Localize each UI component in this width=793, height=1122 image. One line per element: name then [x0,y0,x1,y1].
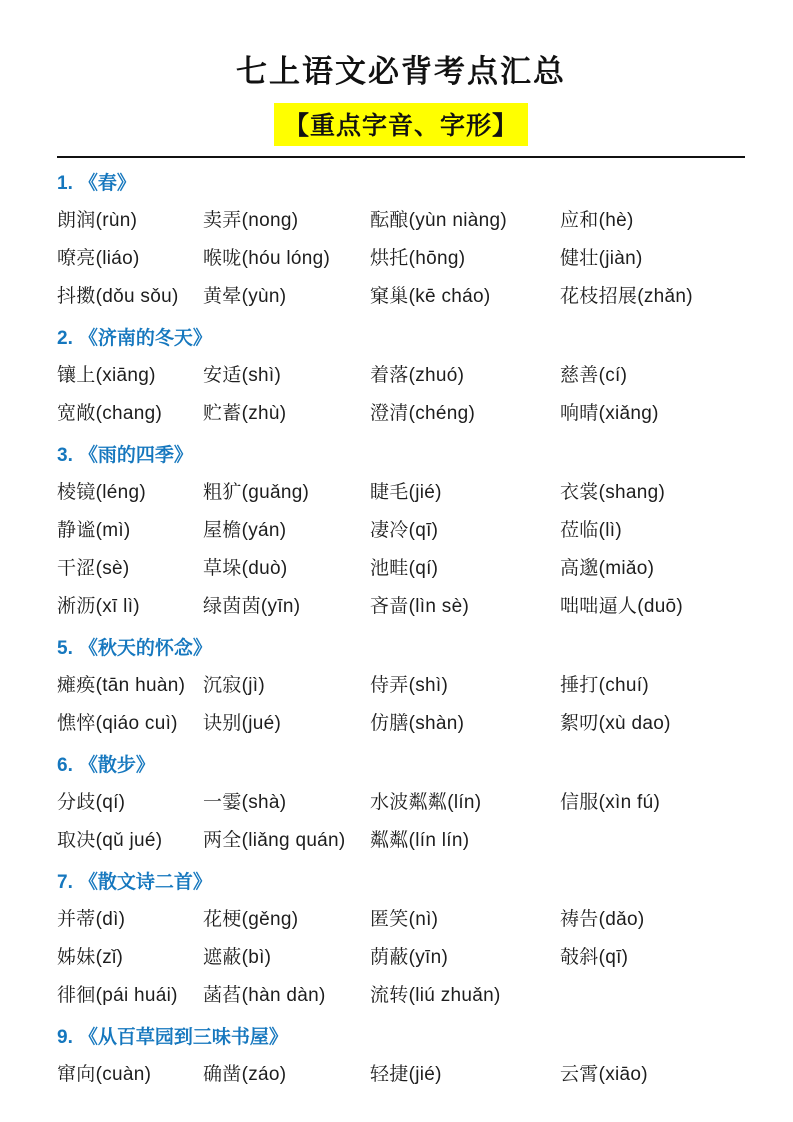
word-entry: 花枝招展(zhǎn) [560,281,745,308]
word-entry: 莅临(lì) [560,515,745,542]
lesson-heading: 1.《春》 [57,171,745,197]
word-entry: 分歧(qí) [57,787,203,814]
word-entry: 姊妹(zǐ) [57,942,203,969]
word-row: 朗润(rùn)卖弄(nong)酝酿(yùn niàng)应和(hè) [57,199,745,237]
word-entry: 屋檐(yán) [203,515,370,542]
word-row: 镶上(xiāng)安适(shì)着落(zhuó)慈善(cí) [57,354,745,392]
divider-line [57,156,745,158]
page-title: 七上语文必背考点汇总 [57,46,745,91]
lesson-section: 9.《从百草园到三味书屋》窜向(cuàn)确凿(záo)轻捷(jié)云霄(xi… [57,1025,745,1091]
lesson-title: 《济南的冬天》 [79,328,212,349]
lesson-title: 《秋天的怀念》 [79,638,212,659]
word-entry: 荫蔽(yīn) [370,942,560,969]
word-row: 瘫痪(tān huàn)沉寂(jì)侍弄(shì)捶打(chuí) [57,664,745,702]
word-entry: 确凿(záo) [203,1059,370,1086]
lesson-number: 2. [57,328,73,349]
word-row: 憔悴(qiáo cuì)诀别(jué)仿膳(shàn)絮叨(xù dao) [57,702,745,740]
word-entry: 抖擞(dǒu sǒu) [57,281,203,308]
highlighted-subtitle: 【重点字音、字形】 [274,103,528,146]
lesson-section: 6.《散步》分歧(qí)一霎(shà)水波粼粼(lín)信服(xìn fú)取决… [57,753,745,857]
lesson-heading: 7.《散文诗二首》 [57,870,745,896]
word-entry: 安适(shì) [203,360,370,387]
word-entry: 絮叨(xù dao) [560,708,745,735]
lesson-title: 《散文诗二首》 [79,872,212,893]
word-entry: 粗犷(guǎng) [203,477,370,504]
word-row: 静谧(mì)屋檐(yán)凄冷(qī)莅临(lì) [57,509,745,547]
subtitle-row: 【重点字音、字形】 [57,103,745,146]
word-entry: 信服(xìn fú) [560,787,745,814]
lesson-number: 1. [57,173,73,194]
word-entry: 衣裳(shang) [560,477,745,504]
word-entry: 淅沥(xī lì) [57,591,203,618]
word-entry: 徘徊(pái huái) [57,980,203,1007]
word-entry: 水波粼粼(lín) [370,787,560,814]
word-entry: 凄冷(qī) [370,515,560,542]
lesson-number: 3. [57,445,73,466]
word-row: 淅沥(xī lì)绿茵茵(yīn)吝啬(lìn sè)咄咄逼人(duō) [57,585,745,623]
word-entry: 轻捷(jié) [370,1059,560,1086]
word-entry: 匿笑(nì) [370,904,560,931]
word-entry: 澄清(chéng) [370,398,560,425]
word-entry: 花梗(gěng) [203,904,370,931]
word-entry: 遮蔽(bì) [203,942,370,969]
word-entry: 瘫痪(tān huàn) [57,670,203,697]
lesson-section: 5.《秋天的怀念》瘫痪(tān huàn)沉寂(jì)侍弄(shì)捶打(chu… [57,636,745,740]
lesson-heading: 9.《从百草园到三味书屋》 [57,1025,745,1051]
word-entry: 慈善(cí) [560,360,745,387]
word-entry: 窜向(cuàn) [57,1059,203,1086]
lesson-section: 1.《春》朗润(rùn)卖弄(nong)酝酿(yùn niàng)应和(hè)嘹… [57,171,745,313]
word-row: 取决(qǔ jué)两全(liǎng quán)粼粼(lín lín) [57,819,745,857]
word-entry: 侍弄(shì) [370,670,560,697]
word-entry: 睫毛(jié) [370,477,560,504]
word-entry: 干涩(sè) [57,553,203,580]
lesson-number: 6. [57,755,73,776]
word-entry: 攲斜(qī) [560,942,745,969]
word-entry: 云霄(xiāo) [560,1059,745,1086]
word-entry: 菡萏(hàn dàn) [203,980,370,1007]
word-entry: 黄晕(yùn) [203,281,370,308]
word-entry: 吝啬(lìn sè) [370,591,560,618]
word-entry: 草垛(duò) [203,553,370,580]
word-entry: 诀别(jué) [203,708,370,735]
word-row: 分歧(qí)一霎(shà)水波粼粼(lín)信服(xìn fú) [57,781,745,819]
word-entry: 池畦(qí) [370,553,560,580]
word-entry: 并蒂(dì) [57,904,203,931]
word-entry: 仿膳(shàn) [370,708,560,735]
lesson-section: 3.《雨的四季》棱镜(léng)粗犷(guǎng)睫毛(jié)衣裳(shang… [57,443,745,623]
word-entry: 高邈(miǎo) [560,553,745,580]
word-entry: 一霎(shà) [203,787,370,814]
lesson-number: 7. [57,872,73,893]
word-entry: 窠巢(kē cháo) [370,281,560,308]
lesson-heading: 2.《济南的冬天》 [57,326,745,352]
word-entry: 憔悴(qiáo cuì) [57,708,203,735]
word-entry: 绿茵茵(yīn) [203,591,370,618]
word-row: 干涩(sè)草垛(duò)池畦(qí)高邈(miǎo) [57,547,745,585]
word-entry: 健壮(jiàn) [560,243,745,270]
word-row: 抖擞(dǒu sǒu)黄晕(yùn)窠巢(kē cháo)花枝招展(zhǎn) [57,275,745,313]
document-page: 七上语文必背考点汇总 【重点字音、字形】 1.《春》朗润(rùn)卖弄(nong… [0,0,793,1122]
word-entry: 卖弄(nong) [203,205,370,232]
word-entry: 响晴(xiǎng) [560,398,745,425]
word-entry: 着落(zhuó) [370,360,560,387]
word-entry: 酝酿(yùn niàng) [370,205,560,232]
word-row: 姊妹(zǐ)遮蔽(bì)荫蔽(yīn)攲斜(qī) [57,936,745,974]
lesson-number: 9. [57,1027,73,1048]
word-entry: 喉咙(hóu lóng) [203,243,370,270]
word-entry: 咄咄逼人(duō) [560,591,745,618]
word-entry: 两全(liǎng quán) [203,825,370,852]
word-entry: 棱镜(léng) [57,477,203,504]
lesson-number: 5. [57,638,73,659]
lesson-title: 《散步》 [79,755,155,776]
word-entry: 粼粼(lín lín) [370,825,560,852]
lesson-section: 2.《济南的冬天》镶上(xiāng)安适(shì)着落(zhuó)慈善(cí)宽… [57,326,745,430]
lesson-heading: 3.《雨的四季》 [57,443,745,469]
word-entry: 沉寂(jì) [203,670,370,697]
word-row: 宽敞(chang)贮蓄(zhù)澄清(chéng)响晴(xiǎng) [57,392,745,430]
word-row: 嘹亮(liáo)喉咙(hóu lóng)烘托(hōng)健壮(jiàn) [57,237,745,275]
lesson-heading: 6.《散步》 [57,753,745,779]
word-entry: 嘹亮(liáo) [57,243,203,270]
word-entry: 祷告(dǎo) [560,904,745,931]
word-entry: 流转(liú zhuǎn) [370,980,560,1007]
word-row: 徘徊(pái huái)菡萏(hàn dàn)流转(liú zhuǎn) [57,974,745,1012]
word-entry: 贮蓄(zhù) [203,398,370,425]
word-entry: 应和(hè) [560,205,745,232]
word-entry: 静谧(mì) [57,515,203,542]
word-entry: 朗润(rùn) [57,205,203,232]
lesson-title: 《雨的四季》 [79,445,193,466]
word-entry: 捶打(chuí) [560,670,745,697]
word-row: 窜向(cuàn)确凿(záo)轻捷(jié)云霄(xiāo) [57,1053,745,1091]
lesson-list: 1.《春》朗润(rùn)卖弄(nong)酝酿(yùn niàng)应和(hè)嘹… [57,171,745,1091]
word-row: 棱镜(léng)粗犷(guǎng)睫毛(jié)衣裳(shang) [57,471,745,509]
lesson-heading: 5.《秋天的怀念》 [57,636,745,662]
lesson-section: 7.《散文诗二首》并蒂(dì)花梗(gěng)匿笑(nì)祷告(dǎo)姊妹(z… [57,870,745,1012]
word-entry: 烘托(hōng) [370,243,560,270]
word-entry: 取决(qǔ jué) [57,825,203,852]
word-row: 并蒂(dì)花梗(gěng)匿笑(nì)祷告(dǎo) [57,898,745,936]
lesson-title: 《从百草园到三味书屋》 [79,1027,288,1048]
lesson-title: 《春》 [79,173,136,194]
word-entry: 宽敞(chang) [57,398,203,425]
word-entry: 镶上(xiāng) [57,360,203,387]
